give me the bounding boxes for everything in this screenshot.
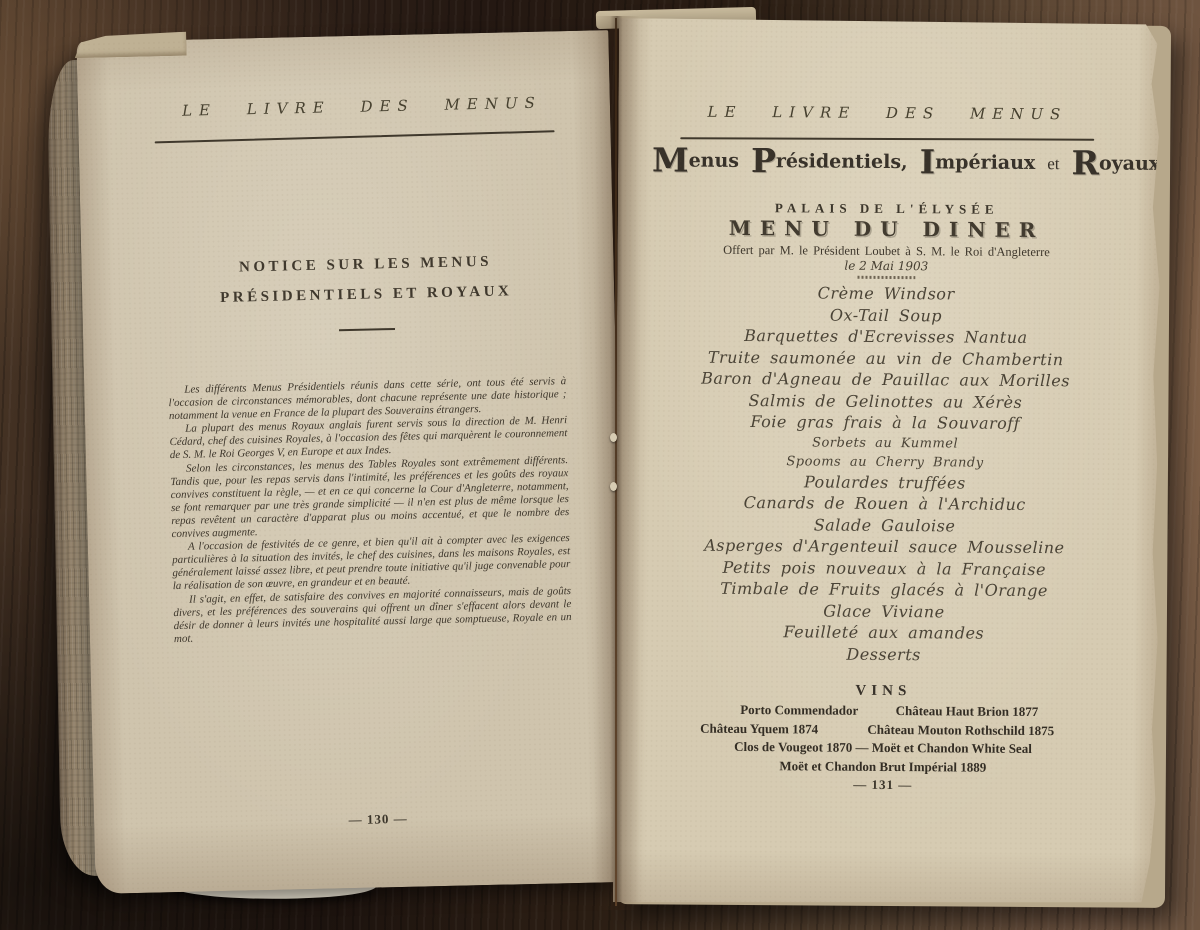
right-page: LE LIVRE DES MENUS Menus Présidentiels, … bbox=[613, 18, 1165, 906]
wine-entry: Château Mouton Rothschild 1875 bbox=[867, 720, 1054, 740]
ornate-initial: P bbox=[751, 141, 776, 180]
left-header-rule bbox=[155, 130, 555, 143]
section-title: Menus Présidentiels, Impériaux et Royaux bbox=[648, 149, 1126, 174]
wine-entry: Château Yquem 1874 bbox=[700, 719, 818, 738]
wine-list: Porto Commendador Château Haut Brion 187… bbox=[644, 700, 1123, 777]
left-page-number: — 130 — bbox=[178, 807, 578, 832]
right-header-rule bbox=[680, 137, 1094, 140]
stitch-thread bbox=[610, 482, 617, 491]
ornate-rest: et bbox=[1047, 154, 1059, 173]
ornate-rest: enus bbox=[689, 150, 740, 172]
paragraph: Selon les circonstances, les menus des T… bbox=[170, 454, 570, 542]
gutter-shadow bbox=[594, 16, 640, 910]
ornate-initial: M bbox=[652, 140, 689, 179]
wines-header: VINS bbox=[644, 681, 1122, 701]
ornate-initial: I bbox=[920, 142, 936, 181]
menu-list: Crème Windsor Ox-Tail Soup Barquettes d'… bbox=[645, 281, 1126, 666]
right-running-header: LE LIVRE DES MENUS bbox=[648, 102, 1126, 123]
menu-item: Asperges d'Argenteuil sauce Mousseline bbox=[645, 534, 1123, 559]
paragraph: Il s'agit, en effet, de satisfaire des c… bbox=[173, 585, 572, 646]
ornate-rest: oyaux bbox=[1099, 152, 1160, 174]
menu-item: Desserts bbox=[645, 642, 1123, 667]
book-photo-scene: LE LIVRE DES MENUS NOTICE SUR LES MENUS … bbox=[0, 0, 1200, 930]
ornate-word: Royaux bbox=[1071, 152, 1160, 175]
wine-entry: Porto Commendador bbox=[740, 701, 858, 720]
ornate-word-et: et bbox=[1047, 154, 1059, 174]
date-line: le 2 Mai 1903 bbox=[647, 257, 1125, 274]
left-page: LE LIVRE DES MENUS NOTICE SUR LES MENUS … bbox=[76, 30, 627, 894]
menu-title: MENU DU DINER bbox=[648, 215, 1126, 242]
notice-body: Les différents Menus Présidentiels réuni… bbox=[168, 375, 572, 646]
ornate-word: Présidentiels, bbox=[751, 150, 908, 173]
ornate-rest: mpériaux bbox=[935, 151, 1035, 174]
ornate-word: Menus bbox=[652, 149, 739, 172]
date-block: le 2 Mai 1903 bbox=[647, 257, 1125, 280]
ornate-initial: R bbox=[1071, 143, 1099, 182]
date-squiggle-rule bbox=[857, 276, 915, 279]
paragraph: A l'occasion de festivités de ce genre, … bbox=[172, 532, 571, 593]
ornate-rest: résidentiels, bbox=[776, 150, 908, 173]
stitch-thread bbox=[610, 433, 617, 442]
menu-item: Baron d'Agneau de Pauillac aux Morilles bbox=[647, 367, 1125, 392]
wine-entry: Moët et Chandon Brut Impérial 1889 bbox=[644, 756, 1122, 778]
gutter-line bbox=[615, 18, 617, 906]
notice-title-line-2: PRÉSIDENTIELS ET ROYAUX bbox=[166, 282, 566, 308]
wine-entry: Château Haut Brion 1877 bbox=[896, 702, 1039, 721]
notice-title-line-1: NOTICE SUR LES MENUS bbox=[165, 252, 565, 278]
right-page-number: — 131 — bbox=[644, 775, 1122, 794]
title-rule-wrap bbox=[167, 324, 567, 335]
left-running-header: LE LIVRE DES MENUS bbox=[162, 93, 562, 120]
title-rule bbox=[339, 328, 395, 331]
ornate-word: Impériaux bbox=[920, 151, 1036, 174]
